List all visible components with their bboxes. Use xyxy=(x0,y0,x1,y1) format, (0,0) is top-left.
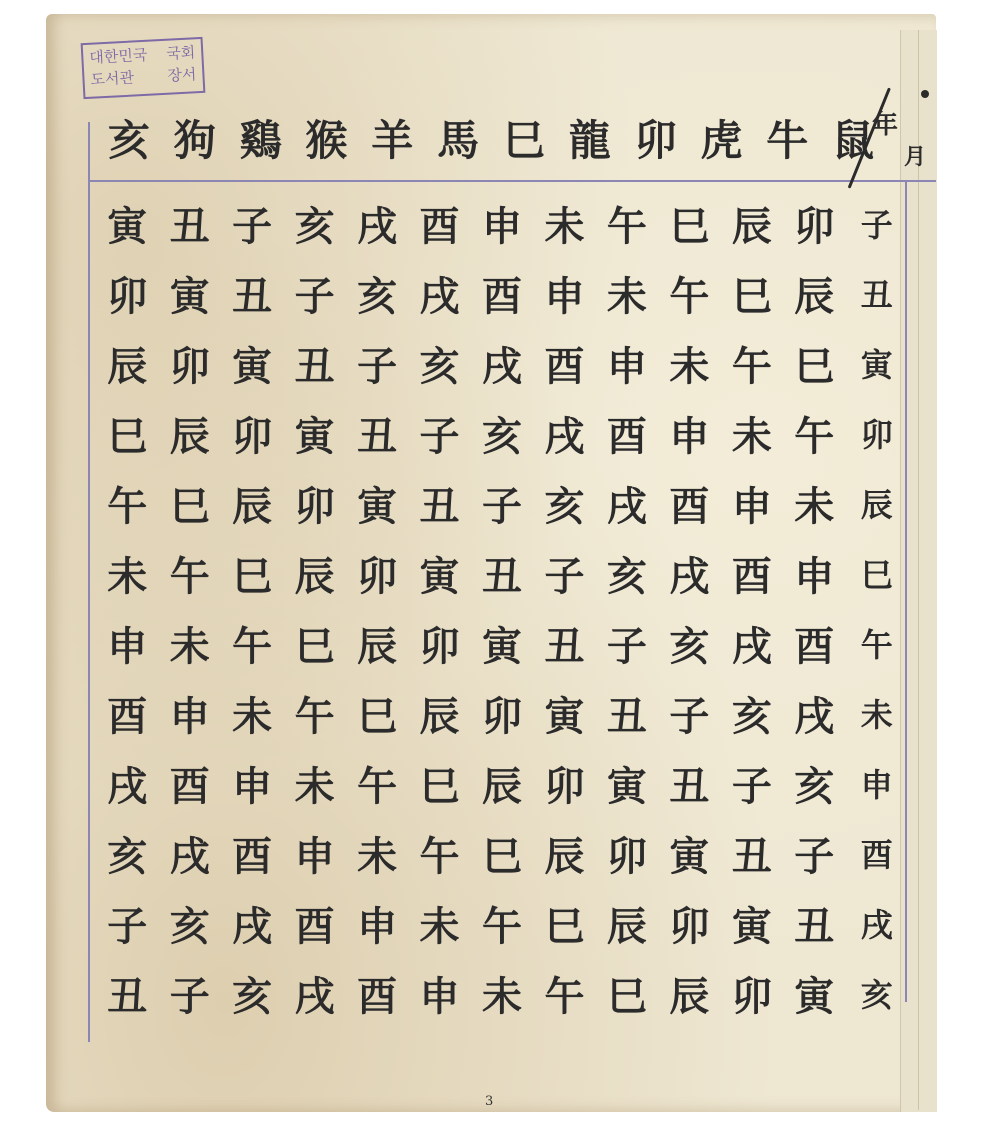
table-cell: 酉 xyxy=(346,965,408,1022)
header-cell: 亥 xyxy=(96,108,162,168)
row-label-cell: 巳 xyxy=(846,550,908,596)
header-cell: 巳 xyxy=(491,108,557,168)
stamp-text: 대한민국 xyxy=(89,44,148,69)
table-cell: 丑 xyxy=(158,195,220,252)
table-cell: 申 xyxy=(96,615,158,672)
page-fold-line xyxy=(918,30,919,1110)
table-cell: 午 xyxy=(533,965,595,1022)
header-cell: 馬 xyxy=(425,108,491,168)
table-cell: 巳 xyxy=(596,965,658,1022)
table-cell: 寅 xyxy=(596,755,658,812)
table-cell: 子 xyxy=(596,615,658,672)
table-cell: 亥 xyxy=(221,965,283,1022)
table-cell: 未 xyxy=(658,335,720,392)
table-cell: 子 xyxy=(721,755,783,812)
row-label-cell: 申 xyxy=(846,760,908,806)
header-cell: 羊 xyxy=(359,108,425,168)
table-cell: 辰 xyxy=(471,755,533,812)
table-cell: 丑 xyxy=(658,755,720,812)
table-cell: 辰 xyxy=(596,895,658,952)
table-cell: 巳 xyxy=(783,335,845,392)
table-cell: 子 xyxy=(408,405,470,462)
table-cell: 未 xyxy=(533,195,595,252)
table-cell: 亥 xyxy=(96,825,158,882)
table-cell: 亥 xyxy=(783,755,845,812)
table-cell: 申 xyxy=(408,965,470,1022)
table-cell: 未 xyxy=(783,475,845,532)
table-cell: 申 xyxy=(783,545,845,602)
table-cell: 亥 xyxy=(408,335,470,392)
table-cell: 卯 xyxy=(533,755,595,812)
table-cell: 寅 xyxy=(471,615,533,672)
header-cell: 猴 xyxy=(294,108,360,168)
table-cell: 戌 xyxy=(408,265,470,322)
row-label-cell: 未 xyxy=(846,690,908,736)
row-label-cell: 子 xyxy=(846,200,908,246)
table-cell: 巳 xyxy=(283,615,345,672)
table-cell: 丑 xyxy=(283,335,345,392)
table-cell: 亥 xyxy=(533,475,595,532)
table-cell: 亥 xyxy=(283,195,345,252)
table-cell: 申 xyxy=(221,755,283,812)
table-cell: 子 xyxy=(346,335,408,392)
table-cell: 丑 xyxy=(346,405,408,462)
page-number: 3 xyxy=(485,1094,493,1109)
table-cell: 戌 xyxy=(721,615,783,672)
table-cell: 午 xyxy=(658,265,720,322)
table-cell: 子 xyxy=(158,965,220,1022)
table-cell: 酉 xyxy=(721,545,783,602)
table-cell: 辰 xyxy=(721,195,783,252)
table-cell: 申 xyxy=(533,265,595,322)
table-cell: 酉 xyxy=(471,265,533,322)
header-cell: 龍 xyxy=(557,108,623,168)
table-cell: 卯 xyxy=(408,615,470,672)
table-cell: 巳 xyxy=(346,685,408,742)
table-cell: 午 xyxy=(783,405,845,462)
branch-table: 寅丑子亥戌酉申未午巳辰卯子卯寅丑子亥戌酉申未午巳辰丑辰卯寅丑子亥戌酉申未午巳寅巳… xyxy=(96,188,908,1028)
table-cell: 亥 xyxy=(721,685,783,742)
table-cell: 卯 xyxy=(221,405,283,462)
table-cell: 寅 xyxy=(533,685,595,742)
table-cell: 亥 xyxy=(346,265,408,322)
row-label-cell: 戌 xyxy=(846,900,908,946)
table-cell: 子 xyxy=(221,195,283,252)
header-cell: 牛 xyxy=(754,108,820,168)
table-cell: 辰 xyxy=(346,615,408,672)
table-cell: 申 xyxy=(596,335,658,392)
table-cell: 戌 xyxy=(533,405,595,462)
table-cell: 丑 xyxy=(721,825,783,882)
table-cell: 寅 xyxy=(658,825,720,882)
table-cell: 酉 xyxy=(533,335,595,392)
row-label-cell: 卯 xyxy=(846,410,908,456)
row-label-cell: 辰 xyxy=(846,480,908,526)
header-cell: 虎 xyxy=(689,108,755,168)
table-cell: 酉 xyxy=(596,405,658,462)
table-cell: 午 xyxy=(346,755,408,812)
table-cell: 卯 xyxy=(96,265,158,322)
table-cell: 巳 xyxy=(658,195,720,252)
table-cell: 丑 xyxy=(596,685,658,742)
table-cell: 酉 xyxy=(408,195,470,252)
table-cell: 亥 xyxy=(658,615,720,672)
corner-label-month: 月 xyxy=(904,140,926,171)
table-cell: 辰 xyxy=(408,685,470,742)
table-cell: 戌 xyxy=(596,475,658,532)
table-cell: 巳 xyxy=(471,825,533,882)
table-cell: 未 xyxy=(158,615,220,672)
table-cell: 未 xyxy=(346,825,408,882)
table-cell: 亥 xyxy=(471,405,533,462)
table-cell: 申 xyxy=(658,405,720,462)
table-cell: 子 xyxy=(783,825,845,882)
table-cell: 酉 xyxy=(658,475,720,532)
ruled-line-left xyxy=(88,122,90,1042)
table-cell: 辰 xyxy=(96,335,158,392)
table-cell: 寅 xyxy=(346,475,408,532)
table-cell: 申 xyxy=(471,195,533,252)
table-cell: 子 xyxy=(658,685,720,742)
table-cell: 戌 xyxy=(346,195,408,252)
table-cell: 辰 xyxy=(221,475,283,532)
table-cell: 午 xyxy=(96,475,158,532)
table-cell: 午 xyxy=(471,895,533,952)
table-cell: 巳 xyxy=(533,895,595,952)
stamp-text: 장서 xyxy=(167,63,197,86)
table-cell: 戌 xyxy=(221,895,283,952)
table-cell: 未 xyxy=(596,265,658,322)
table-cell: 亥 xyxy=(158,895,220,952)
row-label-cell: 丑 xyxy=(846,270,908,316)
table-cell: 酉 xyxy=(96,685,158,742)
table-cell: 寅 xyxy=(408,545,470,602)
table-cell: 巳 xyxy=(221,545,283,602)
table-cell: 戌 xyxy=(96,755,158,812)
table-cell: 卯 xyxy=(346,545,408,602)
library-stamp: 대한민국국회 도서관장서 xyxy=(81,37,206,99)
table-cell: 申 xyxy=(721,475,783,532)
table-cell: 午 xyxy=(283,685,345,742)
stamp-text: 도서관 xyxy=(90,67,135,91)
row-label-cell: 亥 xyxy=(846,970,908,1016)
table-cell: 卯 xyxy=(721,965,783,1022)
zodiac-header-row: 亥狗鷄猴羊馬巳龍卯虎牛鼠 xyxy=(96,108,886,168)
table-cell: 申 xyxy=(283,825,345,882)
header-cell: 卯 xyxy=(623,108,689,168)
table-cell: 午 xyxy=(221,615,283,672)
table-cell: 申 xyxy=(346,895,408,952)
table-cell: 寅 xyxy=(783,965,845,1022)
table-cell: 午 xyxy=(721,335,783,392)
table-cell: 巳 xyxy=(721,265,783,322)
header-cell: 鷄 xyxy=(228,108,294,168)
table-cell: 酉 xyxy=(158,755,220,812)
table-cell: 卯 xyxy=(283,475,345,532)
table-cell: 子 xyxy=(471,475,533,532)
corner-diagonal-dot xyxy=(921,90,929,98)
table-cell: 辰 xyxy=(283,545,345,602)
table-cell: 巳 xyxy=(96,405,158,462)
table-cell: 丑 xyxy=(221,265,283,322)
row-label-cell: 酉 xyxy=(846,830,908,876)
table-cell: 未 xyxy=(471,965,533,1022)
table-cell: 未 xyxy=(721,405,783,462)
table-cell: 辰 xyxy=(658,965,720,1022)
table-cell: 戌 xyxy=(283,965,345,1022)
table-cell: 戌 xyxy=(658,545,720,602)
table-cell: 子 xyxy=(533,545,595,602)
table-cell: 申 xyxy=(158,685,220,742)
table-cell: 酉 xyxy=(783,615,845,672)
table-cell: 卯 xyxy=(596,825,658,882)
table-cell: 寅 xyxy=(158,265,220,322)
table-cell: 卯 xyxy=(158,335,220,392)
table-cell: 戌 xyxy=(783,685,845,742)
table-cell: 寅 xyxy=(96,195,158,252)
stamp-text: 국회 xyxy=(166,41,196,64)
table-cell: 丑 xyxy=(96,965,158,1022)
table-cell: 午 xyxy=(596,195,658,252)
table-cell: 未 xyxy=(221,685,283,742)
table-cell: 巳 xyxy=(408,755,470,812)
table-cell: 丑 xyxy=(533,615,595,672)
table-cell: 午 xyxy=(158,545,220,602)
table-cell: 卯 xyxy=(658,895,720,952)
table-cell: 未 xyxy=(408,895,470,952)
table-cell: 酉 xyxy=(283,895,345,952)
table-cell: 未 xyxy=(283,755,345,812)
row-label-cell: 午 xyxy=(846,620,908,666)
table-cell: 辰 xyxy=(158,405,220,462)
table-cell: 巳 xyxy=(158,475,220,532)
table-cell: 卯 xyxy=(471,685,533,742)
table-cell: 丑 xyxy=(783,895,845,952)
header-cell: 鼠 xyxy=(820,108,886,168)
table-cell: 戌 xyxy=(158,825,220,882)
table-cell: 寅 xyxy=(721,895,783,952)
table-cell: 寅 xyxy=(283,405,345,462)
ruled-line-top xyxy=(88,180,936,182)
table-cell: 酉 xyxy=(221,825,283,882)
table-cell: 子 xyxy=(96,895,158,952)
table-cell: 丑 xyxy=(471,545,533,602)
header-cell: 狗 xyxy=(162,108,228,168)
row-label-cell: 寅 xyxy=(846,340,908,386)
table-cell: 午 xyxy=(408,825,470,882)
table-cell: 子 xyxy=(283,265,345,322)
table-cell: 卯 xyxy=(783,195,845,252)
table-cell: 寅 xyxy=(221,335,283,392)
table-cell: 丑 xyxy=(408,475,470,532)
table-cell: 辰 xyxy=(533,825,595,882)
table-cell: 亥 xyxy=(596,545,658,602)
table-cell: 辰 xyxy=(783,265,845,322)
table-cell: 戌 xyxy=(471,335,533,392)
table-cell: 未 xyxy=(96,545,158,602)
